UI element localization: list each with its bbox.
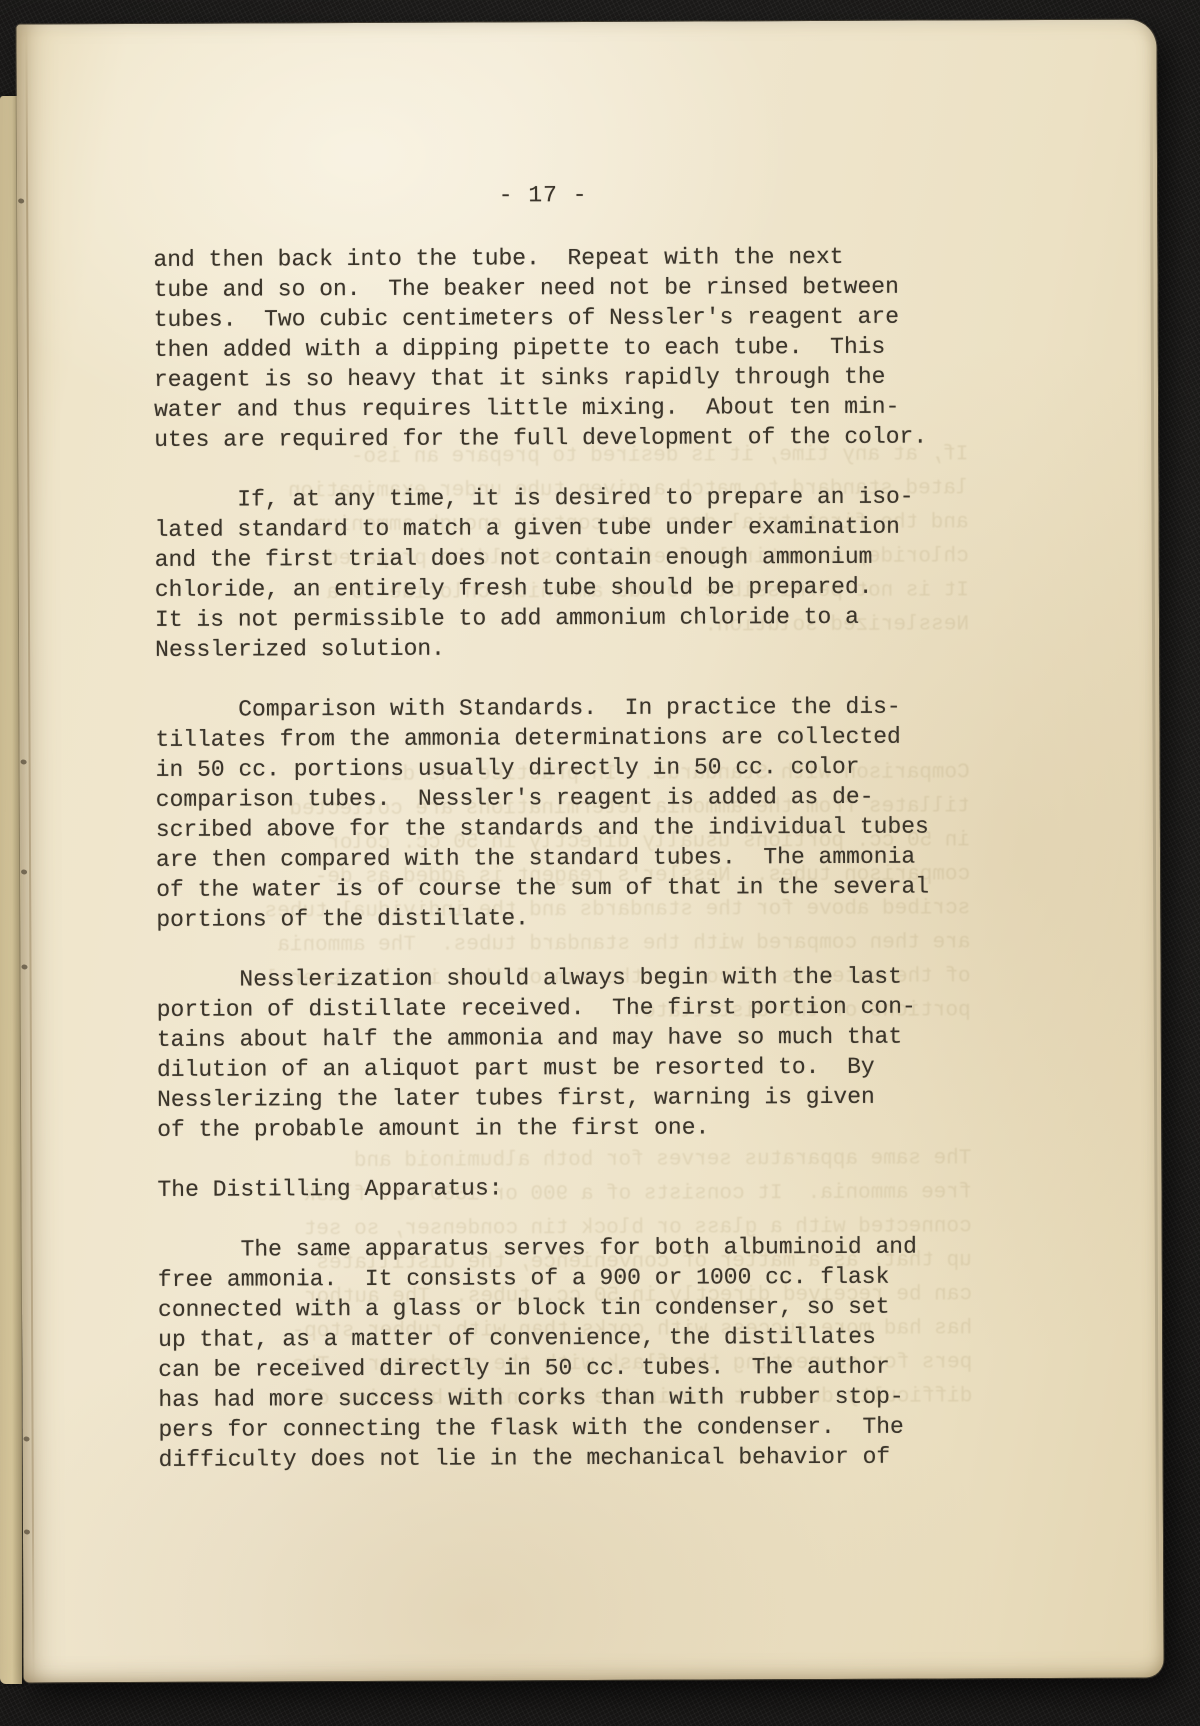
paragraph: Nesslerization should always begin with … bbox=[156, 961, 967, 1145]
section-heading: The Distilling Apparatus: bbox=[157, 1171, 967, 1205]
stitch-mark bbox=[18, 198, 24, 203]
paragraph: The same apparatus serves for both album… bbox=[158, 1231, 969, 1475]
binding-crease bbox=[25, 24, 34, 1682]
stitch-mark bbox=[21, 759, 27, 764]
typewritten-text-block: - 17 - and then back into the tube. Repe… bbox=[153, 178, 969, 1505]
stitch-mark bbox=[21, 869, 27, 874]
paragraph: and then back into the tube. Repeat with… bbox=[153, 241, 964, 455]
scan-background: If, at any time, it is desired to prepar… bbox=[0, 0, 1200, 1726]
stitch-mark bbox=[24, 1529, 30, 1534]
document-page: If, at any time, it is desired to prepar… bbox=[16, 20, 1163, 1683]
page-number: - 17 - bbox=[153, 178, 933, 211]
stitch-mark bbox=[24, 1436, 30, 1441]
paragraph: If, at any time, it is desired to prepar… bbox=[154, 481, 965, 665]
paragraph: Comparison with Standards. In practice t… bbox=[155, 691, 966, 935]
stitch-mark bbox=[21, 964, 27, 969]
